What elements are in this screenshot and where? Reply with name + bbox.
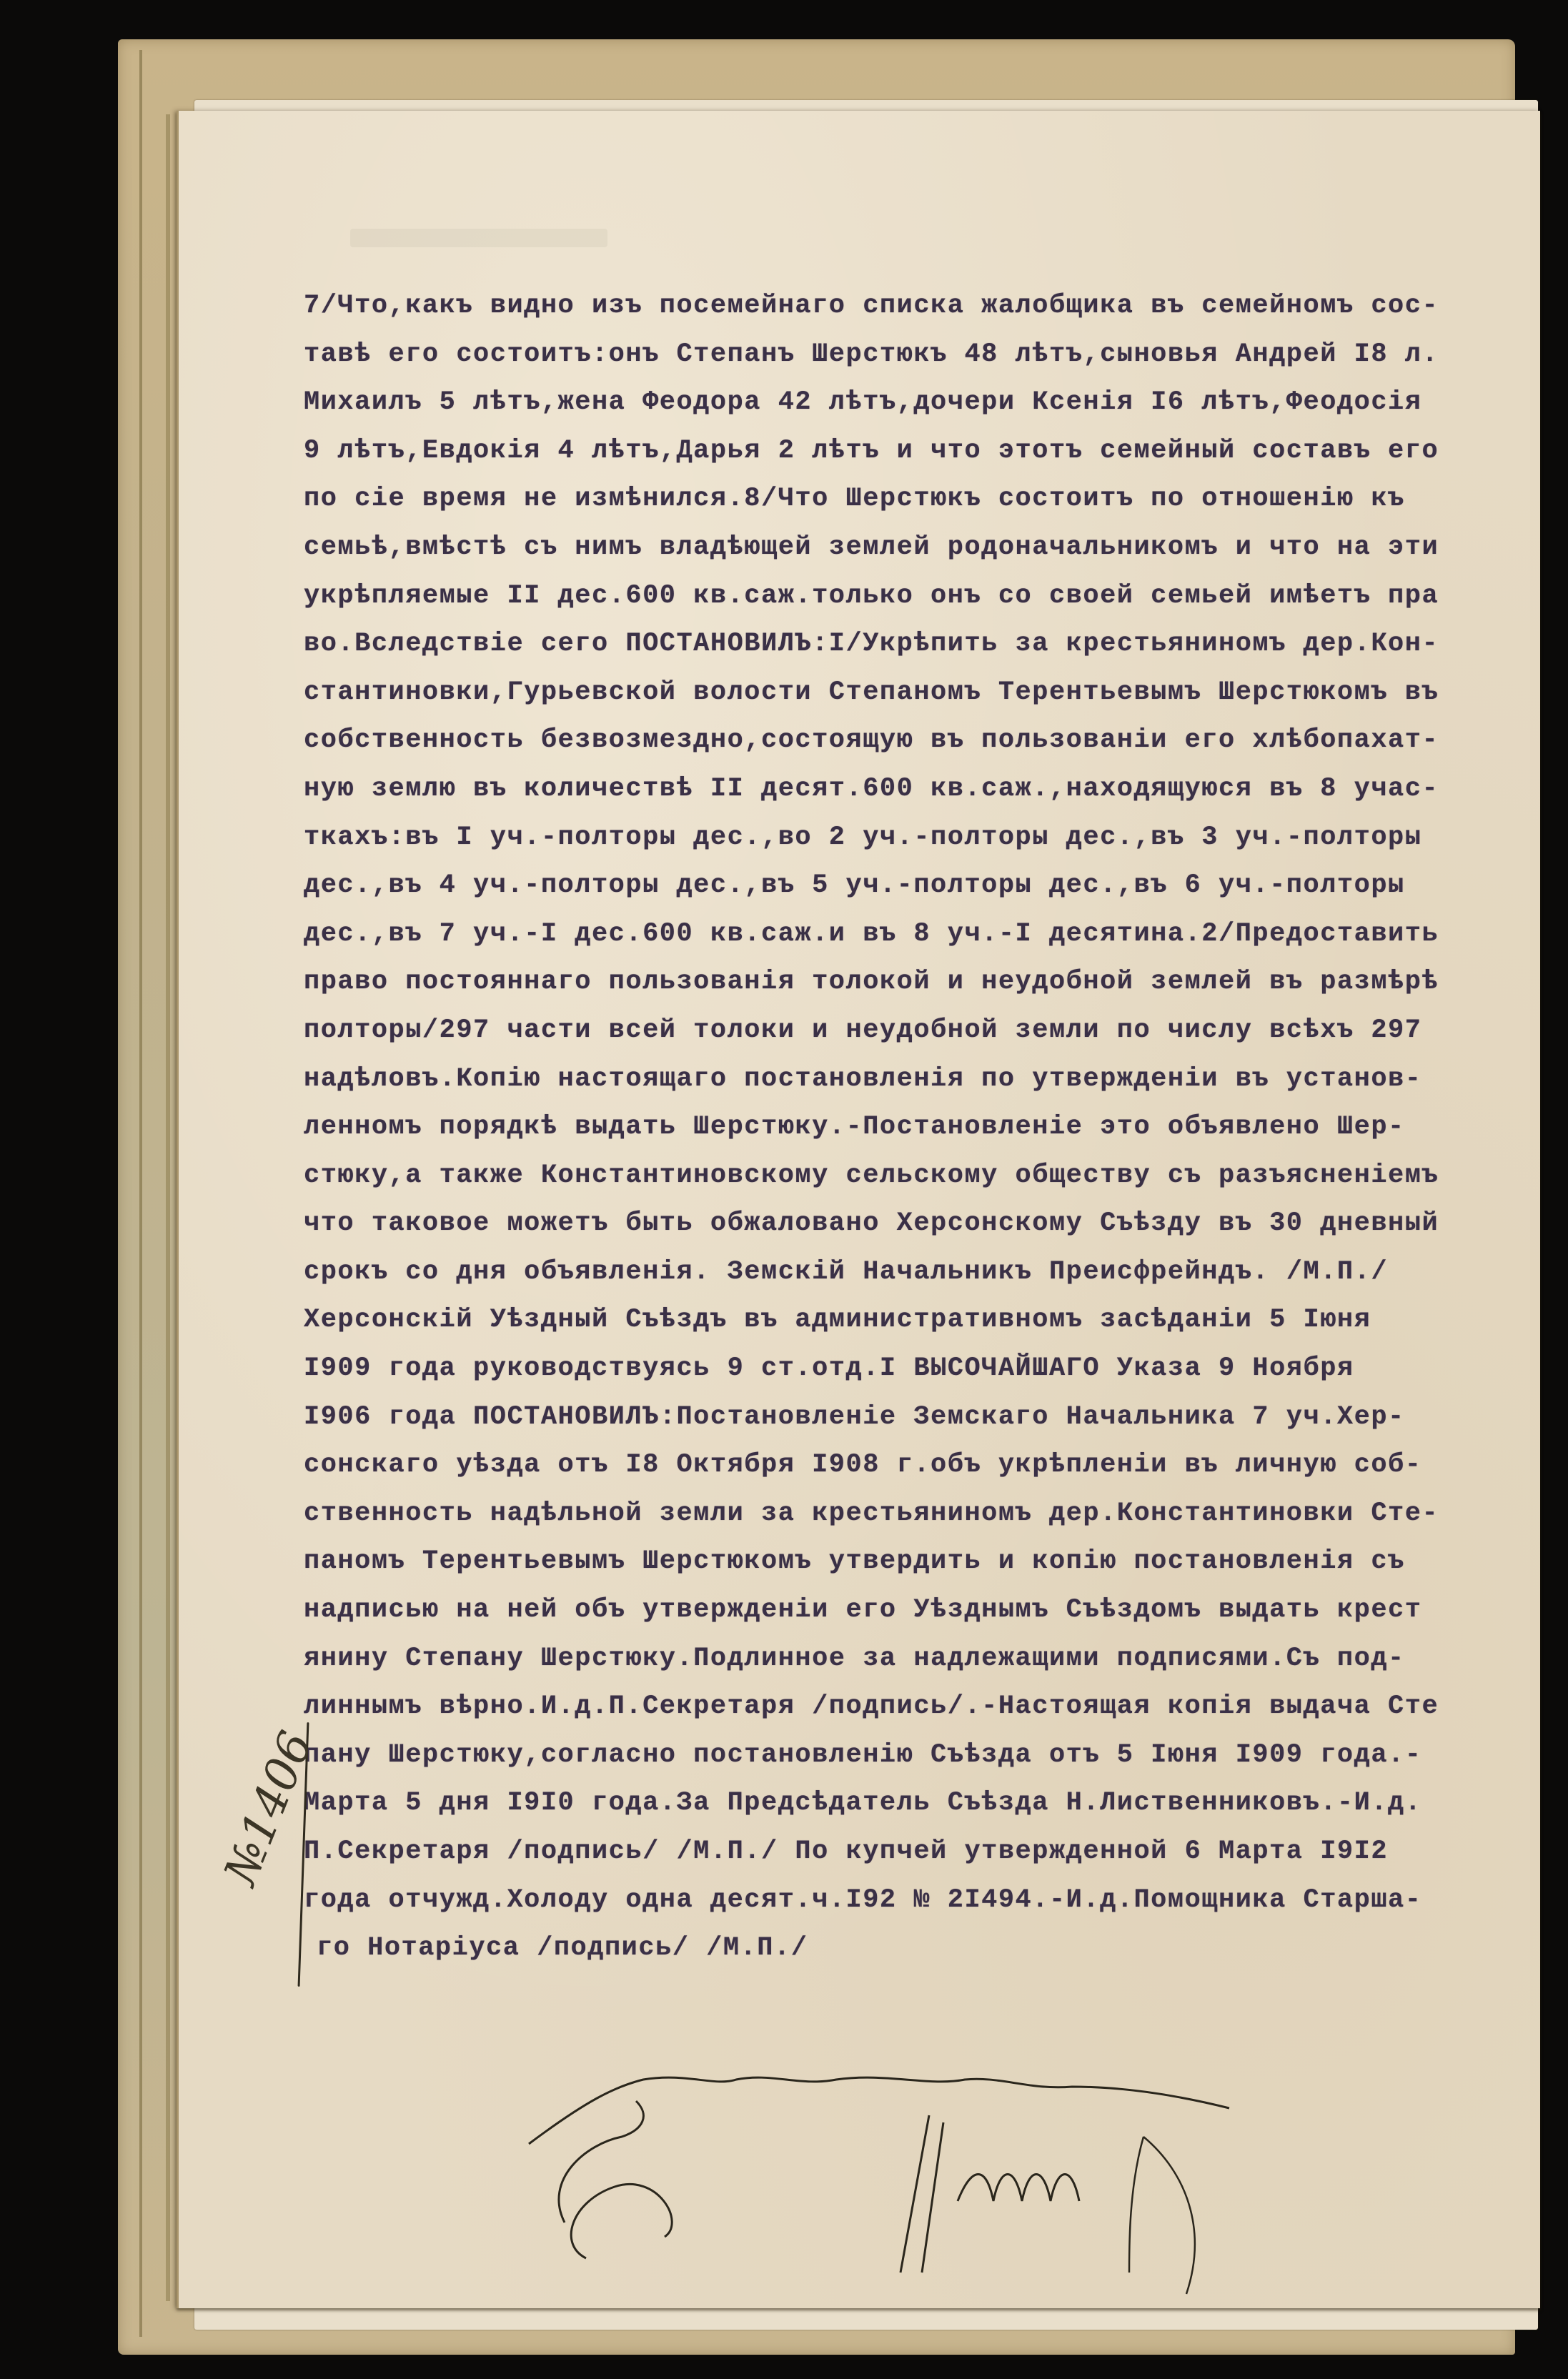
typed-line: полторы/297 части всей толоки и неудобно… (304, 1007, 1512, 1056)
typed-line: дес.,въ 4 уч.-полторы дес.,въ 5 уч.-полт… (304, 862, 1512, 910)
typed-line: надписью на ней объ утвержденіи его Уѣзд… (304, 1586, 1512, 1635)
typed-line: линнымъ вѣрно.И.д.П.Секретаря /подпись/.… (304, 1683, 1512, 1732)
typed-line: ткахъ:въ I уч.-полторы дес.,во 2 уч.-пол… (304, 814, 1512, 863)
typed-line: собственность безвозмездно,состоящую въ … (304, 717, 1512, 765)
typed-body: 7/Что,какъ видно изъ посемейнаго списка … (304, 282, 1512, 1973)
typed-line: стюку,а также Константиновскому сельском… (304, 1152, 1512, 1201)
typed-line: Марта 5 дня I9I0 года.За Предсѣдатель Съ… (304, 1779, 1512, 1828)
typed-line: что таковое можетъ быть обжаловано Херсо… (304, 1200, 1512, 1248)
typed-line: тавѣ его состоитъ:онъ Степанъ Шерстюкъ 4… (304, 331, 1512, 379)
typed-line: во.Вследствіе сего ПОСТАНОВИЛЪ:I/Укрѣпит… (304, 620, 1512, 669)
typed-line: стантиновки,Гурьевской волости Степаномъ… (304, 669, 1512, 717)
typed-line: срокъ со дня объявленія. Земскій Начальн… (304, 1248, 1512, 1297)
typed-line: 7/Что,какъ видно изъ посемейнаго списка … (304, 282, 1512, 331)
sheet-stack-edge (166, 114, 170, 2301)
typed-line: сонскаго уѣзда отъ I8 Октября I908 г.объ… (304, 1441, 1512, 1490)
typed-line: Херсонскій Уѣздный Съѣздъ въ администрат… (304, 1296, 1512, 1345)
typed-line: ственность надѣльной земли за крестьянин… (304, 1490, 1512, 1539)
typed-line: укрѣпляемые II дес.600 кв.саж.только онъ… (304, 572, 1512, 621)
typed-line: янину Степану Шерстюку.Подлинное за надл… (304, 1635, 1512, 1684)
typed-line: ную землю въ количествѣ II десят.600 кв.… (304, 765, 1512, 814)
typed-line: П.Секретаря /подпись/ /М.П./ По купчей у… (304, 1828, 1512, 1877)
typed-line: го Нотаріуса /подпись/ /М.П./ (304, 1924, 1512, 1973)
typed-line: пану Шерстюку,согласно постановленію Съѣ… (304, 1732, 1512, 1780)
typed-line: Михаилъ 5 лѣтъ,жена Феодора 42 лѣтъ,доче… (304, 379, 1512, 427)
typed-line: I909 года руководствуясь 9 ст.отд.I ВЫСО… (304, 1345, 1512, 1394)
typed-line: семьѣ,вмѣстѣ съ нимъ владѣющей землей ро… (304, 524, 1512, 572)
typed-line: I906 года ПОСТАНОВИЛЪ:Постановленіе Земс… (304, 1394, 1512, 1442)
typed-line: года отчужд.Холоду одна десят.ч.I92 № 2I… (304, 1877, 1512, 1925)
typed-line: паномъ Терентьевымъ Шерстюкомъ утвердить… (304, 1538, 1512, 1586)
typed-line: дес.,въ 7 уч.-I дес.600 кв.саж.и въ 8 уч… (304, 910, 1512, 959)
folder-edge (139, 50, 142, 2337)
typed-line: ленномъ порядкѣ выдать Шерстюку.-Постано… (304, 1103, 1512, 1152)
faint-bleedthrough (350, 229, 607, 247)
typed-line: надѣловъ.Копію настоящаго постановленія … (304, 1056, 1512, 1104)
typed-line: 9 лѣтъ,Евдокія 4 лѣтъ,Дарья 2 лѣтъ и что… (304, 427, 1512, 476)
typed-line: по сіе время не измѣнился.8/Что Шерстюкъ… (304, 475, 1512, 524)
typed-line: право постояннаго пользованія толокой и … (304, 958, 1512, 1007)
